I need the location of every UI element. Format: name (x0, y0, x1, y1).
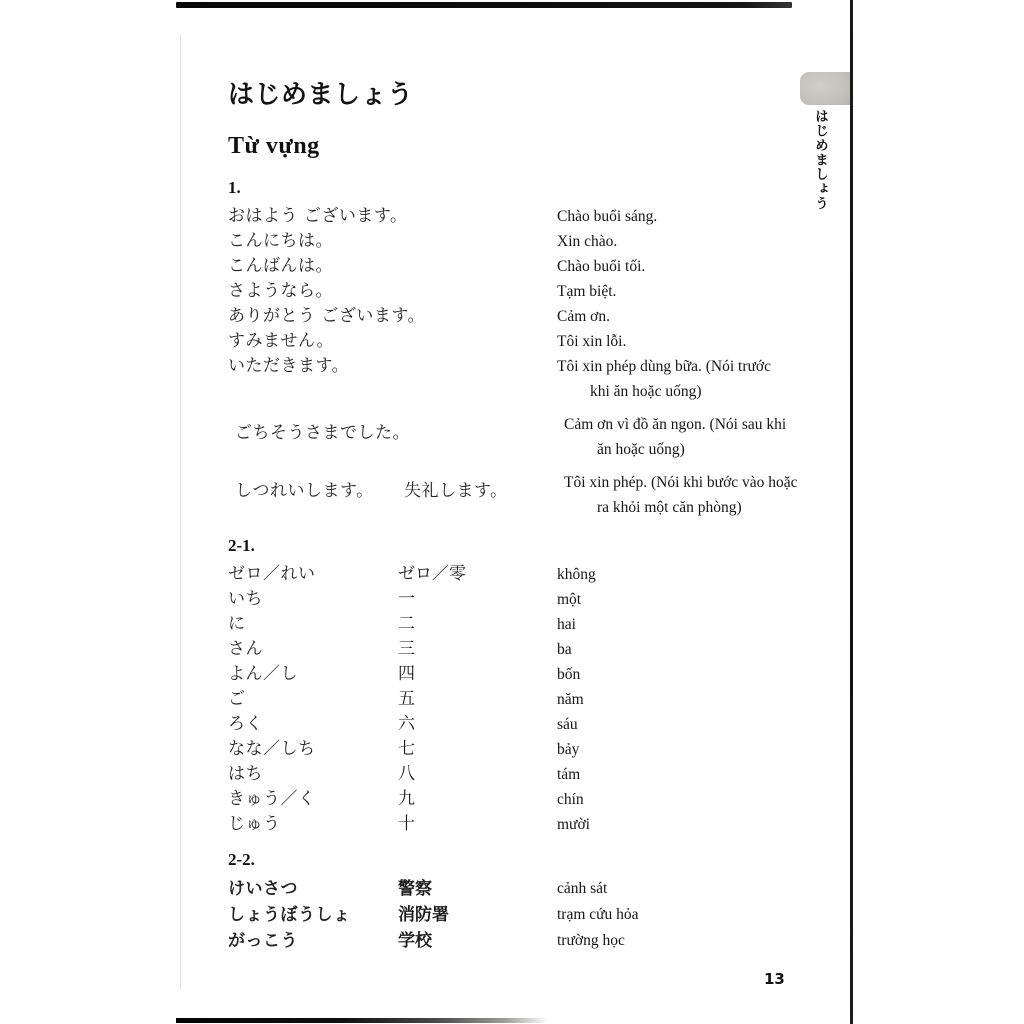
japanese-kanji: 九 (398, 787, 557, 812)
vocab-row: よん／し 四 bốn (228, 662, 834, 687)
japanese-text: ありがとう ございます。 (228, 304, 557, 328)
vietnamese-text: mười (557, 812, 834, 837)
japanese-kanji: 八 (398, 762, 557, 787)
vietnamese-text: chín (557, 787, 834, 812)
japanese-kana: いち (228, 587, 398, 612)
vocab-row: いただきます。 Tôi xin phép dùng bữa. (Nói trướ… (228, 354, 834, 404)
japanese-kanji: 四 (398, 662, 557, 687)
vocab-row: こんばんは。 Chào buổi tối. (228, 254, 834, 279)
japanese-kanji: 七 (398, 737, 557, 762)
japanese-kana: に (228, 612, 398, 637)
japanese-kana: しつれいします。 (235, 479, 404, 503)
vietnamese-line-1: Cảm ơn vì đồ ăn ngon. (Nói sau khi (564, 416, 786, 433)
vietnamese-text: hai (557, 612, 834, 637)
japanese-kana: がっこう (228, 928, 398, 954)
japanese-kanji: 十 (398, 812, 557, 837)
page-content: はじめましょう Từ vựng 1. おはよう ございます。 Chào buổi… (228, 82, 834, 954)
section-2-1-label: 2-1. (228, 538, 834, 554)
japanese-text: しつれいします。 失礼します。 (228, 470, 564, 503)
japanese-kanji: 一 (398, 587, 557, 612)
japanese-text: こんばんは。 (228, 254, 557, 278)
vietnamese-text: Chào buổi sáng. (557, 204, 834, 229)
vocab-row: ろく 六 sáu (228, 712, 834, 737)
vocab-row: しょうぼうしょ 消防署 trạm cứu hỏa (228, 902, 834, 928)
section-1-label: 1. (228, 180, 834, 196)
japanese-text: すみません。 (228, 329, 557, 353)
japanese-kanji: 消防署 (398, 902, 557, 928)
japanese-kanji: 五 (398, 687, 557, 712)
vietnamese-text: cảnh sát (557, 876, 834, 902)
vietnamese-line-1: Tôi xin phép. (Nói khi bước vào hoặc (564, 474, 798, 491)
vocab-row: おはよう ございます。 Chào buổi sáng. (228, 204, 834, 229)
japanese-text: さようなら。 (228, 279, 557, 303)
vietnamese-text: trạm cứu hỏa (557, 902, 834, 928)
japanese-kana: なな／しち (228, 737, 398, 762)
vietnamese-text: một (557, 587, 834, 612)
japanese-kanji: 六 (398, 712, 557, 737)
vocab-row: けいさつ 警察 cảnh sát (228, 876, 834, 902)
vietnamese-text: Tôi xin phép. (Nói khi bước vào hoặc ra … (564, 470, 834, 520)
vietnamese-text: Tạm biệt. (557, 279, 834, 304)
japanese-kana: さん (228, 637, 398, 662)
vietnamese-text: Tôi xin lỗi. (557, 329, 834, 354)
vocab-row: しつれいします。 失礼します。 Tôi xin phép. (Nói khi b… (228, 470, 834, 520)
vietnamese-text: bảy (557, 737, 834, 762)
scan-top-edge (176, 2, 792, 8)
vocab-row: ゼロ／れい ゼロ／零 không (228, 562, 834, 587)
japanese-kana: ゼロ／れい (228, 562, 398, 587)
page-title: はじめましょう (228, 82, 834, 108)
vietnamese-text: tám (557, 762, 834, 787)
scanned-book-page: はじめましょう はじめましょう Từ vựng 1. おはよう ございます。 C… (0, 0, 1024, 1024)
vocab-row: に 二 hai (228, 612, 834, 637)
japanese-text: こんにちは。 (228, 229, 557, 253)
section-2-2-rows: けいさつ 警察 cảnh sát しょうぼうしょ 消防署 trạm cứu hỏ… (228, 876, 834, 954)
japanese-kanji: 三 (398, 637, 557, 662)
japanese-kanji: 二 (398, 612, 557, 637)
vietnamese-line-1: Tôi xin phép dùng bữa. (Nói trước (557, 358, 771, 375)
japanese-kana: けいさつ (228, 876, 398, 902)
vocab-row: こんにちは。 Xin chào. (228, 229, 834, 254)
vietnamese-text: Cảm ơn vì đồ ăn ngon. (Nói sau khi ăn ho… (564, 412, 834, 462)
vocab-row: きゅう／く 九 chín (228, 787, 834, 812)
section-1-rows: おはよう ございます。 Chào buổi sáng. こんにちは。 Xin c… (228, 204, 834, 520)
vocabulary-heading: Từ vựng (228, 134, 834, 158)
japanese-text: おはよう ございます。 (228, 204, 557, 228)
section-2-2-label: 2-2. (228, 852, 834, 868)
section-2-1-rows: ゼロ／れい ゼロ／零 không いち 一 một に 二 hai さん 三 b… (228, 562, 834, 837)
vietnamese-line-2: ra khỏi một căn phòng) (564, 495, 834, 520)
vietnamese-text: trường học (557, 928, 834, 954)
vietnamese-line-2: khi ăn hoặc uống) (557, 379, 834, 404)
vietnamese-text: Tôi xin phép dùng bữa. (Nói trước khi ăn… (557, 354, 834, 404)
vietnamese-text: không (557, 562, 834, 587)
vocab-row: がっこう 学校 trường học (228, 928, 834, 954)
japanese-kana: はち (228, 762, 398, 787)
japanese-kanji: 学校 (398, 928, 557, 954)
vietnamese-text: ba (557, 637, 834, 662)
japanese-kanji: 警察 (398, 876, 557, 902)
vietnamese-text: Xin chào. (557, 229, 834, 254)
japanese-kanji: 失礼します。 (404, 479, 508, 503)
scan-bottom-edge (176, 1018, 548, 1023)
vocab-row: じゅう 十 mười (228, 812, 834, 837)
vietnamese-text: bốn (557, 662, 834, 687)
japanese-kana: しょうぼうしょ (228, 902, 398, 928)
vietnamese-text: Chào buổi tối. (557, 254, 834, 279)
vocab-row: ごちそうさまでした。 Cảm ơn vì đồ ăn ngon. (Nói sa… (228, 412, 834, 462)
vocab-row: さん 三 ba (228, 637, 834, 662)
japanese-kana: よん／し (228, 662, 398, 687)
japanese-text: ごちそうさまでした。 (228, 412, 564, 445)
japanese-kanji: ゼロ／零 (398, 562, 557, 587)
vietnamese-text: Cảm ơn. (557, 304, 834, 329)
japanese-text: いただきます。 (228, 354, 557, 378)
vietnamese-text: sáu (557, 712, 834, 737)
vocab-row: ご 五 năm (228, 687, 834, 712)
vocab-row: なな／しち 七 bảy (228, 737, 834, 762)
scan-left-margin-line (180, 34, 181, 990)
vietnamese-line-2: ăn hoặc uống) (564, 437, 834, 462)
japanese-kana: きゅう／く (228, 787, 398, 812)
vocab-row: はち 八 tám (228, 762, 834, 787)
japanese-kana: ご (228, 687, 398, 712)
vocab-row: いち 一 một (228, 587, 834, 612)
japanese-kana: ろく (228, 712, 398, 737)
vocab-row: すみません。 Tôi xin lỗi. (228, 329, 834, 354)
vocab-row: さようなら。 Tạm biệt. (228, 279, 834, 304)
page-number: 13 (764, 970, 785, 988)
japanese-kana: じゅう (228, 812, 398, 837)
vocab-row: ありがとう ございます。 Cảm ơn. (228, 304, 834, 329)
page-right-edge-line (850, 0, 853, 1024)
vietnamese-text: năm (557, 687, 834, 712)
